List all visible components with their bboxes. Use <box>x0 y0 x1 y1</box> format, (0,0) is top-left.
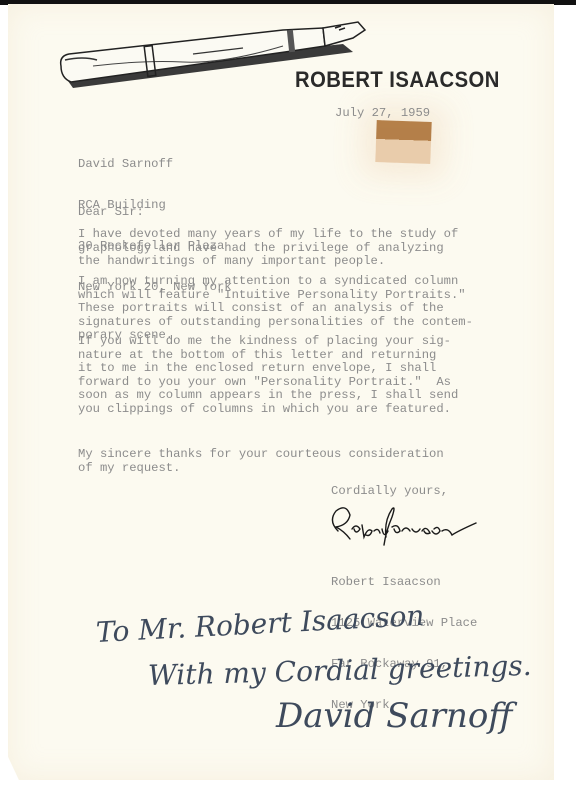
letterhead-name: ROBERT ISAACSON <box>295 67 500 93</box>
salutation: Dear Sir: <box>78 206 144 220</box>
isaacson-signature: Robert Isaacson <box>326 501 486 549</box>
sarnoff-signature: David Sarnoff <box>276 696 512 736</box>
sender-name: Robert Isaacson <box>331 576 477 590</box>
body-paragraph-4: My sincere thanks for your courteous con… <box>78 448 444 475</box>
letter-date: July 27, 1959 <box>335 107 430 121</box>
letter-page: ROBERT ISAACSON July 27, 1959 David Sarn… <box>8 4 554 780</box>
body-paragraph-3: If you will do me the kindness of placin… <box>78 335 458 417</box>
body-paragraph-1: I have devoted many years of my life to … <box>78 228 458 269</box>
closing: Cordially yours, <box>331 485 448 499</box>
body-paragraph-2: I am now turning my attention to a syndi… <box>78 275 473 343</box>
recipient-name: David Sarnoff <box>78 158 232 172</box>
tape-stain <box>375 120 431 164</box>
